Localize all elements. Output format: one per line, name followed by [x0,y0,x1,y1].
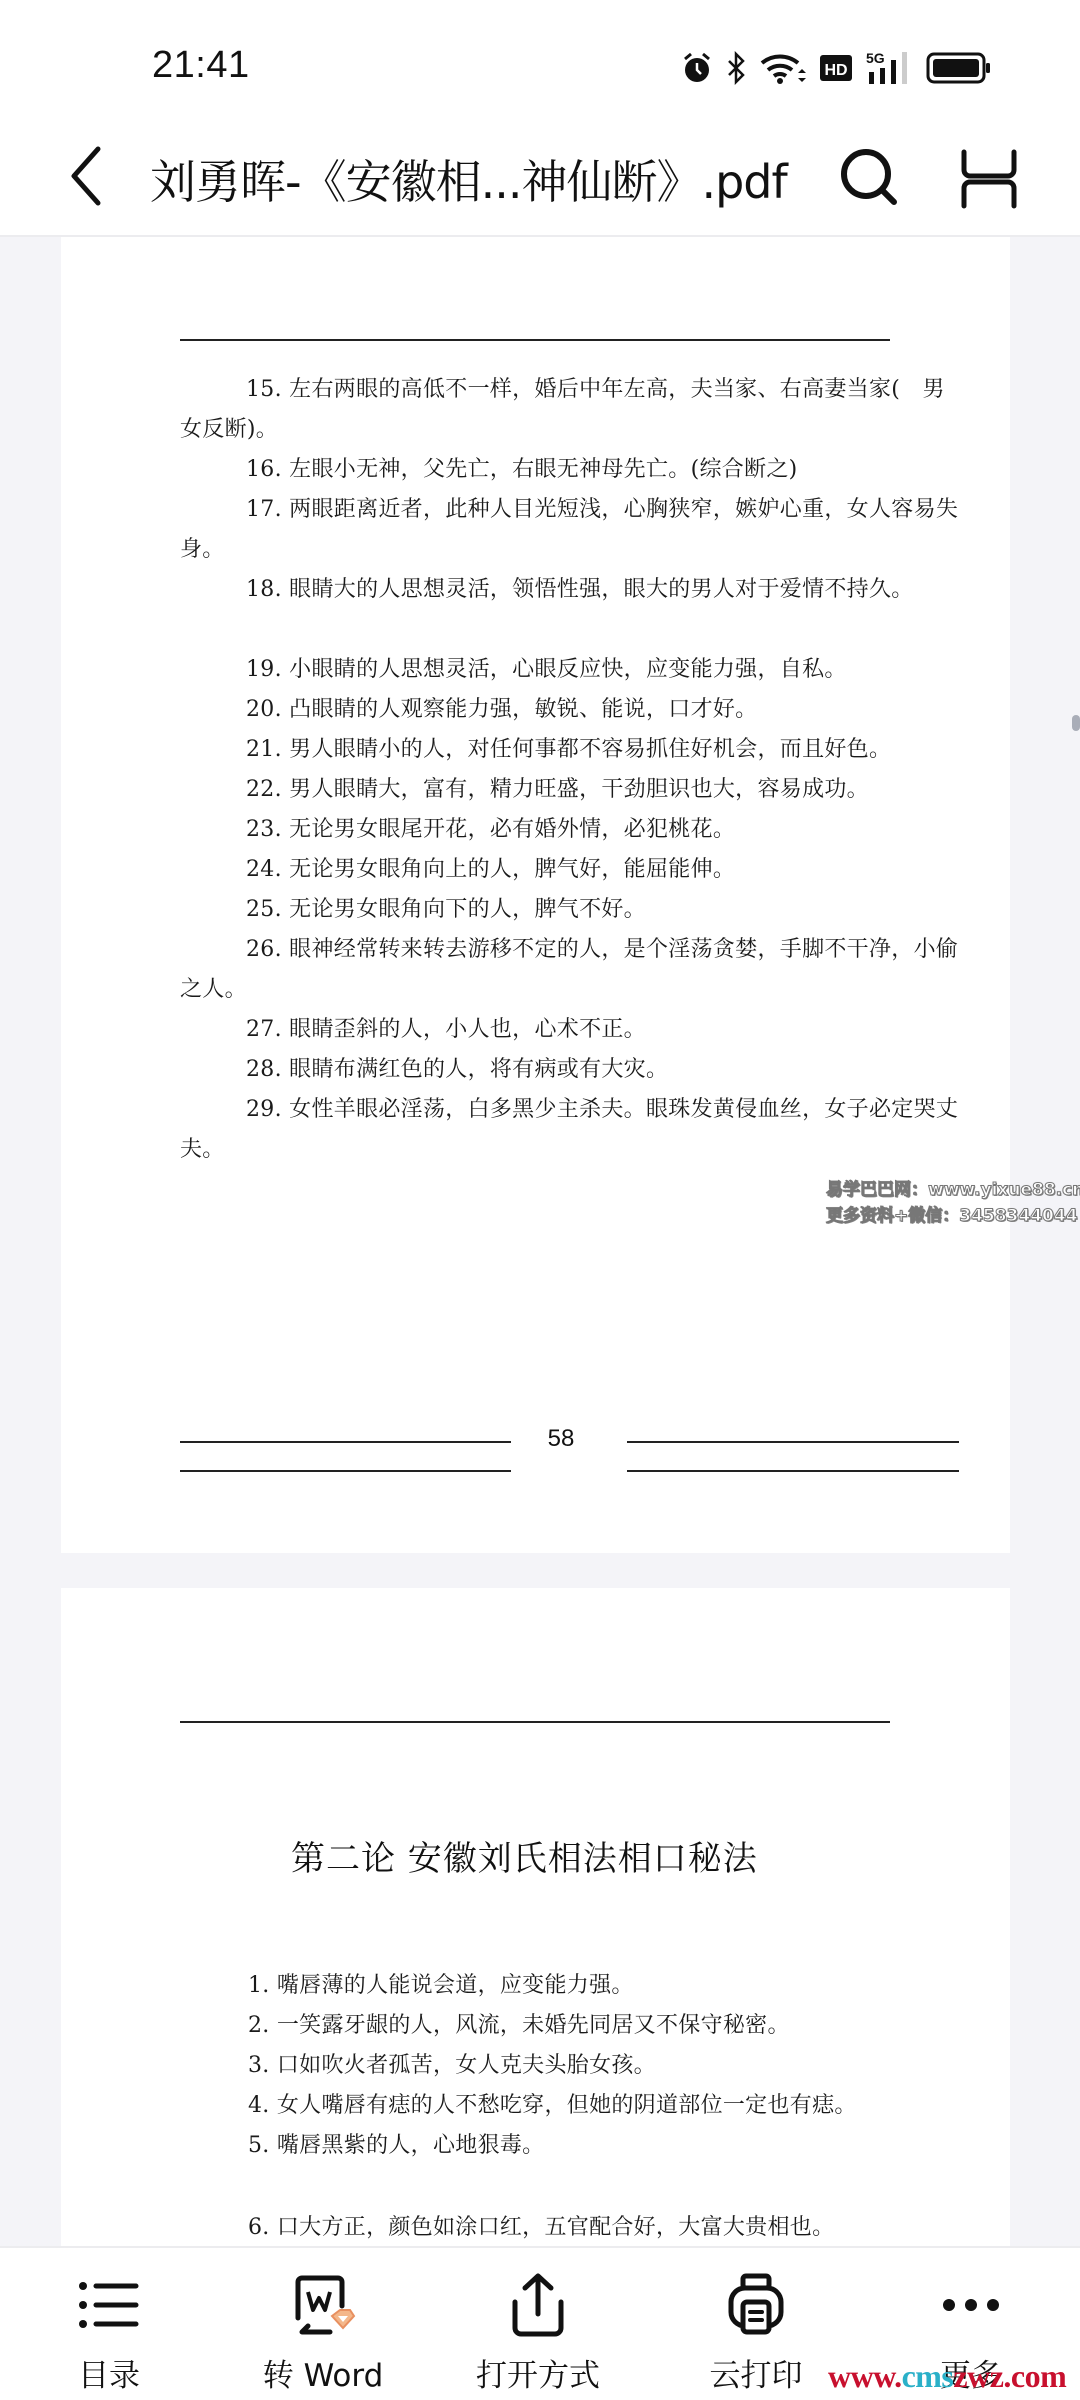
cloud-print-button[interactable]: 云打印 [666,2248,846,2400]
paragraph: 28. 眼睛布满红色的人，将有病或有大灾。 [180,1050,960,1090]
list-item: 2. 一笑露牙龈的人，风流，未婚先同居又不保守秘密。 [248,2008,790,2039]
pdf-page: 15. 左右两眼的高低不一样，婚后中年左高，夫当家、右高妻当家( 男女反断)。 … [61,237,1010,1553]
watermark-text: 更多资料+微信：3458344044 [826,1201,1078,1226]
footer-rule [180,1470,511,1472]
convert-word-icon [288,2270,358,2340]
footer-rule [627,1441,959,1443]
status-time: 21:41 [152,44,250,87]
status-icons: HD 5G [682,48,992,88]
footer-rule [180,1441,511,1443]
svg-text:HD: HD [824,62,847,79]
header-rule [180,1721,890,1723]
paragraph: 17. 两眼距离近者，此种人目光短浅，心胸狭窄，嫉妒心重，女人容易失身。 [180,490,960,570]
list-item: 4. 女人嘴唇有痣的人不愁吃穿，但她的阴道部位一定也有痣。 [248,2088,857,2119]
app-header: 刘勇晖-《安徽相...神仙断》.pdf [0,110,1080,237]
list-icon [74,2270,144,2340]
bluetooth-icon [726,51,746,85]
watermark-part: zwz.com [953,2358,1066,2394]
toc-button[interactable]: 目录 [19,2248,199,2400]
header-rule [180,339,890,341]
convert-word-button[interactable]: 转 Word [233,2248,413,2400]
pdf-page: 第二论 安徽刘氏相法相口秘法 1. 嘴唇薄的人能说会道，应变能力强。 2. 一笑… [61,1588,1010,2246]
list-item: 6. 口大方正，颜色如涂口红，五官配合好，大富大贵相也。 [248,2210,834,2241]
watermark-part: cms [902,2358,954,2394]
paragraph: 24. 无论男女眼角向上的人，脾气好，能屈能伸。 [180,850,960,890]
chapter-heading: 第二论 安徽刘氏相法相口秘法 [291,1831,758,1880]
paragraph: 20. 凸眼睛的人观察能力强，敏锐、能说，口才好。 [180,690,960,730]
paragraph: 21. 男人眼睛小的人，对任何事都不容易抓住好机会，而且好色。 [180,730,960,770]
paragraph: 29. 女性羊眼必淫荡，白多黑少主杀夫。眼珠发黄侵血丝，女子必定哭丈夫。 [180,1090,960,1170]
paragraph: 23. 无论男女眼尾开花，必有婚外情，必犯桃花。 [180,810,960,850]
site-watermark: www.cmszwz.com [828,2358,1066,2395]
more-icon [936,2270,1006,2340]
scrollbar-thumb[interactable] [1072,715,1080,731]
convert-word-label: 转 Word [233,2350,413,2395]
paragraph: 16. 左眼小无神，父先亡，右眼无神母先亡。(综合断之) [180,450,960,490]
paragraph: 18. 眼睛大的人思想灵活，领悟性强，眼大的男人对于爱情不持久。 [180,570,960,610]
toc-label: 目录 [19,2350,199,2395]
pdf-viewer[interactable]: 15. 左右两眼的高低不一样，婚后中年左高，夫当家、右高妻当家( 男女反断)。 … [0,237,1080,2246]
list-item: 1. 嘴唇薄的人能说会道，应变能力强。 [248,1968,634,1999]
paragraph: 25. 无论男女眼角向下的人，脾气不好。 [180,890,960,930]
paragraph: 22. 男人眼睛大，富有，精力旺盛，干劲胆识也大，容易成功。 [180,770,960,810]
watermark-text: 易学巴巴网：www.yixue88.cn [826,1175,1080,1200]
svg-text:5G: 5G [866,50,885,66]
search-icon [838,146,900,208]
watermark-part: www. [828,2358,902,2394]
back-button[interactable] [62,143,112,209]
paragraph: 27. 眼睛歪斜的人，小人也，心术不正。 [180,1010,960,1050]
list-item: 3. 口如吹火者孤苦，女人克夫头胎女孩。 [248,2048,656,2079]
status-bar: 21:41 HD 5G [0,0,1080,110]
page-number: 58 [541,1425,581,1453]
printer-icon [721,2270,791,2340]
open-with-button[interactable]: 打开方式 [448,2248,628,2400]
open-with-label: 打开方式 [448,2350,628,2395]
alarm-icon [682,51,712,85]
chevron-left-icon [62,143,112,209]
paragraph: 19. 小眼睛的人思想灵活，心眼反应快，应变能力强，自私。 [180,650,960,690]
5g-signal-icon: 5G [866,50,912,86]
hd-icon: HD [820,53,852,83]
paragraph: 26. 眼神经常转来转去游移不定的人，是个淫荡贪婪，手脚不干净，小偷之人。 [180,930,960,1010]
expand-icon [958,148,1020,210]
fullscreen-button[interactable] [958,148,1020,210]
document-title: 刘勇晖-《安徽相...神仙断》.pdf [150,146,787,212]
battery-icon [926,52,992,84]
share-icon [503,2270,573,2340]
list-item: 5. 嘴唇黑紫的人，心地狠毒。 [248,2128,544,2159]
paragraph: 15. 左右两眼的高低不一样，婚后中年左高，夫当家、右高妻当家( 男女反断)。 [180,370,960,450]
search-button[interactable] [838,146,900,208]
footer-rule [627,1470,959,1472]
cloud-print-label: 云打印 [666,2350,846,2395]
wifi-icon [760,51,806,85]
